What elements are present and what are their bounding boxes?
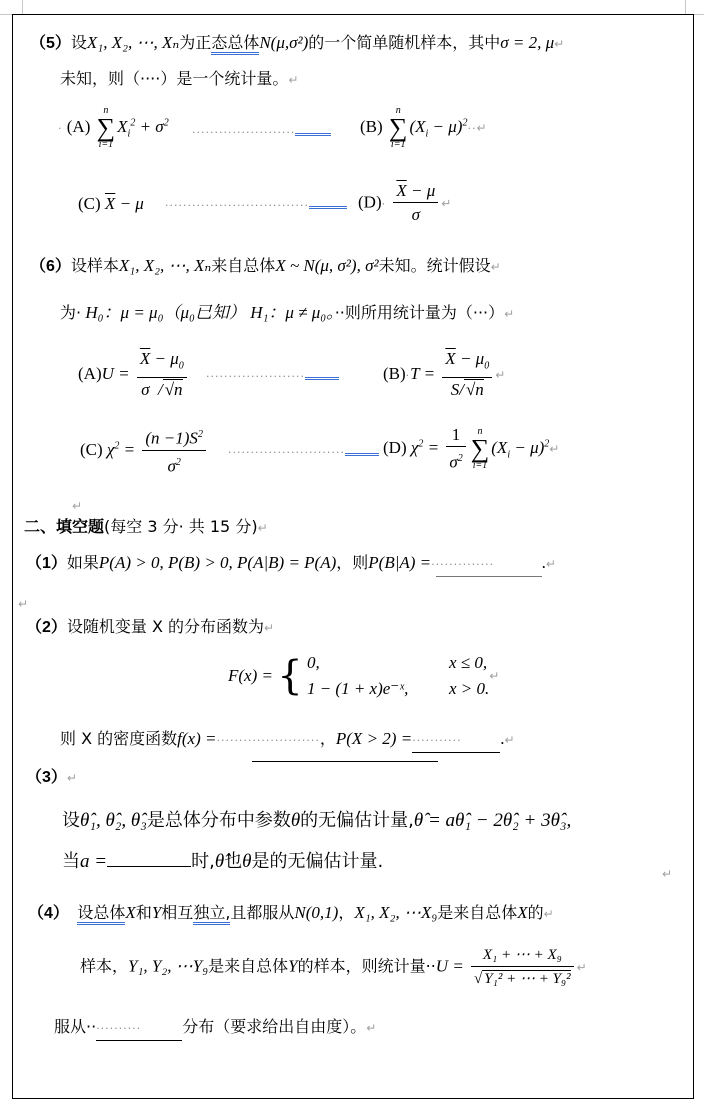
fill-q4-spellcheck-term-1: 设总体 <box>77 903 125 925</box>
sum-symbol-icon: n∑i=1 <box>471 427 490 471</box>
fill-q1-answer-blank[interactable]: ············· <box>436 552 542 577</box>
leader-dots: · <box>58 122 63 135</box>
paragraph-mark-icon: ↵ <box>549 442 559 456</box>
fill-q2-ask-prefix: 则 X 的密度函数 <box>60 729 177 748</box>
q6-sample-vars: X₁, X₂, ⋯, Xₙ <box>119 256 211 275</box>
fill-q3-line1-prefix: 设 <box>62 810 80 831</box>
fill-q3-theta: θ <box>291 810 300 831</box>
fill-q3-line1-mid: 是总体分布中参数 <box>147 810 291 831</box>
empty-paragraph: ↵ <box>18 592 28 615</box>
paragraph-mark-icon: ↵ <box>491 260 501 274</box>
q6-stem-end: 未知。统计假设 <box>379 256 491 275</box>
q6-line2: 为· H₀：μ = μ₀（μ₀已知） H₁：μ ≠ μ₀。··则所用统计量为（·… <box>60 302 514 325</box>
q5-number: （5） <box>30 35 71 52</box>
empty-paragraph: ↵ <box>662 862 672 885</box>
fill-q2-ask: 则 X 的密度函数f(x) =·······················，P… <box>60 728 515 753</box>
q6-option-a[interactable]: (A)U = X − μ0σ /√n <box>78 348 190 402</box>
q5-option-b-label: (B) <box>360 117 383 136</box>
q5-option-b[interactable]: (B) n∑i=1(Xi − μ)2··↵ <box>360 106 487 156</box>
crop-mark-top-right-v <box>685 0 686 14</box>
paragraph-mark-icon: ↵ <box>441 196 451 210</box>
fill-q3-line2-end: 是的无偏估计量. <box>252 851 384 872</box>
q6-h0: H₀：μ = μ₀（μ₀已知） <box>85 303 246 322</box>
fill-q4-dist: N(0,1) <box>294 903 338 922</box>
paragraph-mark-icon: ↵ <box>495 368 505 382</box>
fill-q4-y-var: Y <box>152 903 161 922</box>
fill-q4-line3-prefix: 服从·· <box>54 1017 96 1036</box>
fill-q2-function-name: F(x) = <box>228 666 273 685</box>
crop-mark-top-left-v <box>22 0 23 14</box>
paragraph-mark-icon: ↵ <box>67 771 77 785</box>
paragraph-mark-icon: ↵ <box>258 521 268 535</box>
q6-option-c-label: (C) <box>80 440 103 459</box>
paragraph-mark-icon: ↵ <box>662 867 672 881</box>
fill-q2-sep: ， <box>320 729 336 748</box>
fill-q4-text6: 的 <box>528 903 544 922</box>
q5-line1: （5）设X₁, X₂, ⋯, Xₙ为正态总体N(μ,σ²)的一个简单随机样本，其… <box>30 32 564 55</box>
fill-q4-answer-blank[interactable]: ·········· <box>96 1016 182 1041</box>
fill-q4-line3: 服从············分布（要求给出自由度）。↵ <box>54 1016 376 1041</box>
q6-option-d-label: (D) <box>383 438 407 457</box>
fill-q4-y-var: Y <box>288 956 297 975</box>
q5-option-d-label: (D) <box>358 192 382 211</box>
fill-q2-stem: （2）设随机变量 X 的分布函数为↵ <box>26 616 274 639</box>
fill-q4-number: （4） <box>28 905 69 922</box>
q6-stem-mid: 来自总体 <box>211 256 275 275</box>
fill-q4-x-var: X <box>517 903 527 922</box>
fill-q3-estimators: θ̂₁, θ̂₂, θ̂₃ <box>80 810 147 831</box>
q6-option-d[interactable]: (D) χ2 = 1σ2n∑i=1(Xi − μ)2↵ <box>383 424 559 478</box>
q6-option-a-label: (A) <box>78 364 102 383</box>
sum-symbol-icon: n∑i=1 <box>97 106 116 150</box>
paragraph-mark-icon: ↵ <box>504 733 514 747</box>
paragraph-mark-icon: ↵ <box>18 597 28 611</box>
fill-q4-x-sample: X₁, X₂, ⋯X₉ <box>354 903 437 922</box>
q5-stem-mid2: 的一个简单随机样本，其中 <box>308 33 500 52</box>
fill-q4-line2: 样本，Y₁, Y₂, ⋯Y₉是来自总体Y的样本，则统计量··U = X₁ + ⋯… <box>80 944 587 1002</box>
q6-option-b-fraction: X − μ0S/√n <box>442 348 492 402</box>
paragraph-mark-icon: ↵ <box>544 907 554 921</box>
paragraph-mark-icon: ↵ <box>504 307 514 321</box>
paragraph-mark-icon: ↵ <box>264 621 274 635</box>
paragraph-mark-icon: ↵ <box>577 960 587 974</box>
fill-q2-p-blank[interactable]: ··········· <box>412 728 500 753</box>
fill-q4-text4: ， <box>338 903 354 922</box>
fill-q1-mid: ，则 <box>336 553 368 572</box>
case-value: 1 − (1 + x)e⁻ˣ, <box>307 676 449 702</box>
q5-stem-mid1: 为正 <box>179 33 211 52</box>
q5-given: σ = 2, μ <box>500 33 554 52</box>
q6-option-b-label: (B) <box>383 364 406 383</box>
q6-leader-ab: ······················ <box>206 364 339 388</box>
fill-q4-line2-prefix: 样本， <box>80 956 128 975</box>
fill-q2-stem-text: 设随机变量 X 的分布函数为 <box>67 617 264 636</box>
paragraph-mark-icon: ↵ <box>554 37 564 51</box>
left-brace-icon: { <box>277 653 302 699</box>
fill-q2-number: （2） <box>26 619 67 636</box>
fill-q1-prefix: 如果 <box>67 553 99 572</box>
q5-option-c-label: (C) <box>78 194 101 213</box>
fill-q4-u-fraction: X₁ + ⋯ + X₉√Y₁² + ⋯ + Y₉² <box>471 944 574 991</box>
q6-option-b[interactable]: (B)·T = X − μ0S/√n↵ <box>383 348 505 402</box>
q6-distribution: X ~ N(μ, σ²), σ² <box>275 256 378 275</box>
fill-q4-text2: 相互 <box>161 903 193 922</box>
q5-option-d[interactable]: (D)· X − μσ↵ <box>358 180 451 230</box>
fill-q3-line2: 当a =时,θ̂也θ是的无偏估计量. <box>62 850 383 873</box>
q6-option-c[interactable]: (C) χ2 = (n −1)S2σ2 <box>80 424 209 478</box>
case-value: 0, <box>307 650 449 676</box>
section-two-title: 二、填空题 <box>24 517 104 536</box>
fill-q2-fx-blank[interactable]: ······················· <box>216 734 319 747</box>
q6-number: （6） <box>30 258 71 275</box>
fill-q1-number: （1） <box>26 555 67 572</box>
fill-q3-line2-mid: 时, <box>191 851 215 872</box>
q6-line1: （6）设样本X₁, X₂, ⋯, Xₙ来自总体X ~ N(μ, σ²), σ²未… <box>30 255 501 278</box>
section-two-heading: 二、填空题(每空 3 分· 共 15 分)↵ <box>24 516 268 539</box>
fill-q4-text1: 和 <box>136 903 152 922</box>
q5-sample-vars: X₁, X₂, ⋯, Xₙ <box>87 33 179 52</box>
q5-spellcheck-term: 态总体 <box>211 33 259 55</box>
q5-option-d-fraction: X − μσ <box>393 180 438 227</box>
fill-q3-theta: θ <box>242 851 251 872</box>
q5-option-a[interactable]: · (A) n∑i=1Xi2 + σ2 <box>58 106 169 156</box>
q5-distribution: N(μ,σ²) <box>259 33 308 52</box>
q6-line2-prefix: 为· <box>60 303 81 322</box>
fill-q2-ask-fx: f(x) = <box>177 729 216 748</box>
fill-q3-line2-prefix: 当 <box>62 851 80 872</box>
empty-paragraph: ↵ <box>72 494 82 517</box>
paragraph-mark-icon: ↵ <box>288 73 298 87</box>
paragraph-mark-icon: ↵ <box>546 557 556 571</box>
fill-q3-line1: 设θ̂₁, θ̂₂, θ̂₃是总体分布中参数θ的无偏估计量,θ̂ = aθ̂₁ … <box>62 810 571 832</box>
q5-line2: 未知，则（····）是一个统计量。↵ <box>60 68 298 91</box>
q5-leader-ab: ······················· <box>192 120 331 144</box>
fill-q4-u-eq: U = <box>436 956 464 975</box>
fill-q3-theta-hat: θ̂ <box>215 851 224 872</box>
paragraph-mark-icon: ↵ <box>489 669 499 683</box>
q6-option-a-fraction: X − μ0σ /√n <box>137 348 187 402</box>
q5-stem-line2: 未知，则（····）是一个统计量。 <box>60 69 288 88</box>
fill-q1: （1）如果P(A) > 0, P(B) > 0, P(A|B) = P(A)，则… <box>26 552 556 577</box>
fill-q4-text5: 是来自总体 <box>437 903 517 922</box>
fill-q3-a-eq: a = <box>80 851 107 872</box>
fill-q3-line1-mid2: 的无偏估计量, <box>300 810 414 831</box>
case-condition: x ≤ 0, <box>449 653 487 672</box>
fill-q4-spellcheck-term-2: 独立, <box>193 903 230 925</box>
q6-line2-suffix: ··则所用统计量为（···） <box>335 303 504 322</box>
q5-stem-prefix: 设 <box>71 33 87 52</box>
fill-q4-y-sample: Y₁, Y₂, ⋯Y₉ <box>128 956 208 975</box>
fill-q3-number-line: （3）↵ <box>26 766 77 789</box>
fill-q2-cases: 0,x ≤ 0, 1 − (1 + x)e⁻ˣ,x > 0. <box>307 650 489 702</box>
fill-q3-line2-mid2: 也 <box>224 851 242 872</box>
paragraph-mark-icon: ↵ <box>72 499 82 513</box>
fill-q3-a-blank[interactable] <box>107 850 191 867</box>
fill-q2-ask-p: P(X > 2) = <box>336 729 412 748</box>
fill-q2-fx-underline <box>252 761 438 762</box>
fill-q2-function: F(x) = { 0,x ≤ 0, 1 − (1 + x)e⁻ˣ,x > 0. … <box>228 650 499 706</box>
q5-leader-cd: ································ <box>165 193 347 217</box>
paragraph-mark-icon: ↵ <box>476 121 486 135</box>
q5-option-c[interactable]: (C) X − μ <box>78 193 144 215</box>
q5-option-a-label: (A) <box>67 117 91 136</box>
fill-q4-line2-mid2: 的样本，则统计量·· <box>298 956 436 975</box>
fill-q1-condition: P(A) > 0, P(B) > 0, P(A|B) = P(A) <box>99 553 336 572</box>
q6-option-d-fraction: 1σ2 <box>446 424 465 475</box>
sum-symbol-icon: n∑i=1 <box>389 106 408 150</box>
fill-q4-x-var: X <box>125 903 135 922</box>
q6-stem-prefix: 设样本 <box>71 256 119 275</box>
fill-q4-line2-mid: 是来自总体 <box>208 956 288 975</box>
fill-q4-line3-end: 分布（要求给出自由度）。 <box>182 1017 366 1036</box>
case-condition: x > 0. <box>449 679 489 698</box>
fill-q3-number: （3） <box>26 769 67 786</box>
q6-leader-cd: ·························· <box>228 440 379 464</box>
section-two-note: (每空 3 分· 共 15 分) <box>104 517 258 536</box>
fill-q4-text3: 且都服从 <box>230 903 294 922</box>
fill-q4-u-numerator: X₁ + ⋯ + X₉ <box>471 944 574 967</box>
paragraph-mark-icon: ↵ <box>366 1021 376 1035</box>
q6-h1: H₁：μ ≠ μ₀。 <box>250 303 335 322</box>
q6-option-c-fraction: (n −1)S2σ2 <box>142 424 206 478</box>
fill-q1-ask: P(B|A) = <box>368 553 431 572</box>
fill-q3-combo: θ̂ = aθ̂₁ − 2θ̂₂ + 3θ̂₃, <box>414 810 571 831</box>
fill-q4-u-denominator: Y₁² + ⋯ + Y₉² <box>482 970 570 987</box>
fill-q4-line1: （4） 设总体X和Y相互独立,且都服从N(0,1)，X₁, X₂, ⋯X₉是来自… <box>28 902 554 925</box>
